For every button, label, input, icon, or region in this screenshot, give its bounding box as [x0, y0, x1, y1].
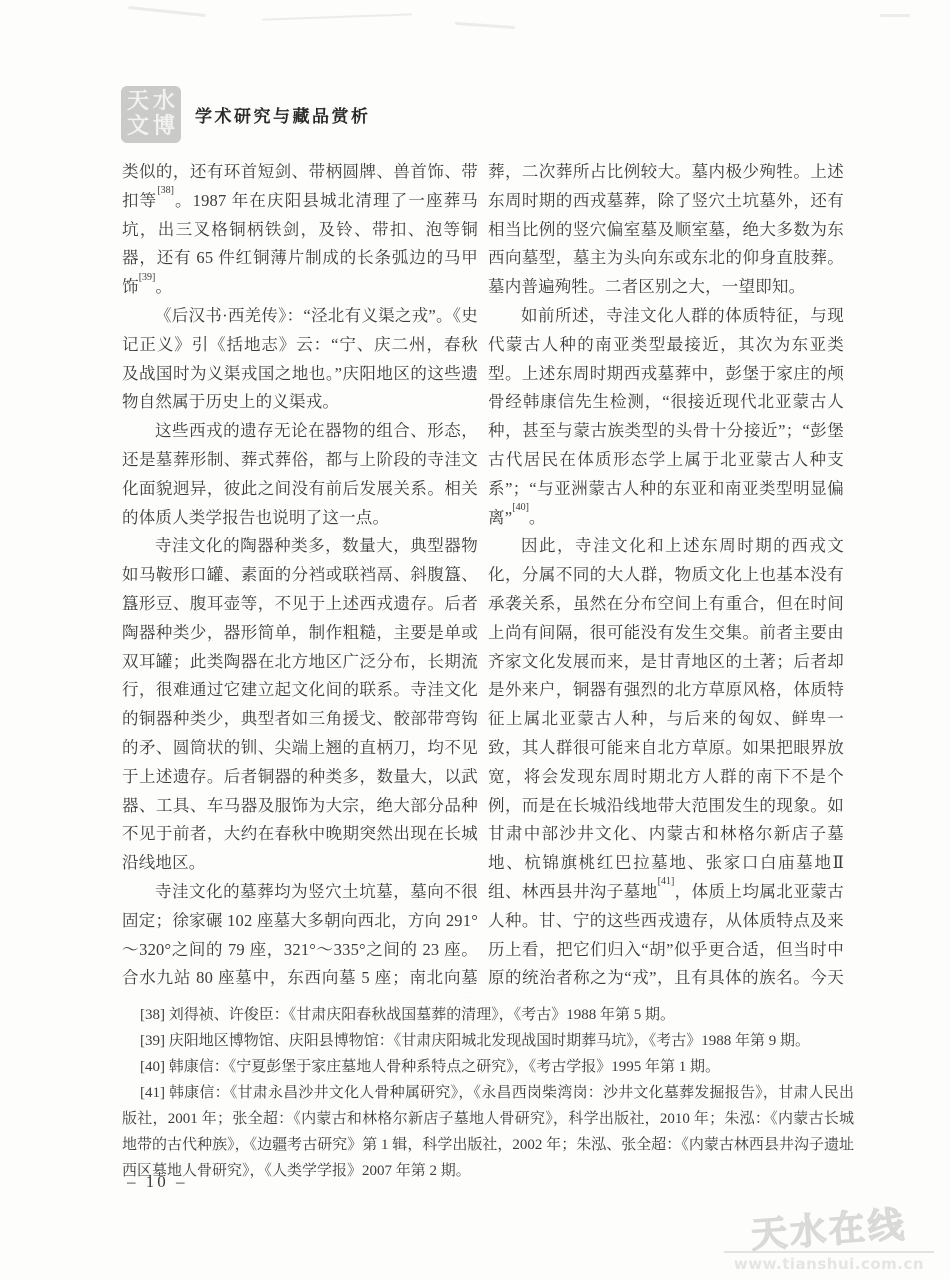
footnote-ref: [40]	[512, 502, 529, 513]
footnote-ref: [41]	[658, 876, 675, 887]
watermark-url: www.tianshui.com.cn	[720, 1255, 938, 1273]
scan-artifact	[455, 22, 515, 29]
watermark: 天水在线 www.tianshui.com.cn	[720, 1210, 938, 1273]
footnote-item: [39] 庆阳地区博物馆、庆阳县博物馆：《甘肃庆阳城北发现战国时期葬马坑》，《考…	[122, 1028, 854, 1054]
seal-char: 水	[153, 91, 175, 113]
left-column: 类似的，还有环首短剑、带柄圆牌、兽首饰、带扣等[38]。1987 年在庆阳县城北…	[122, 158, 478, 998]
paragraph: 《后汉书·西羌传》：“泾北有义渠之戎”。《史记正义》引《括地志》云：“宁、庆二州…	[122, 302, 478, 417]
paragraph: 葬，二次葬所占比例较大。墓内极少殉牲。上述东周时期的西戎墓葬，除了竖穴土坑墓外，…	[488, 158, 844, 302]
footnote-item: [41] 韩康信：《甘肃永昌沙井文化人骨种属研究》，《永昌西岗柴湾岗：沙井文化墓…	[122, 1080, 854, 1184]
scan-artifact	[128, 6, 206, 17]
footnote-id: [39]	[140, 1033, 165, 1049]
footnote-id: [41]	[140, 1085, 165, 1101]
page-number: – 10 –	[127, 1172, 188, 1192]
paragraph: 如前所述，寺洼文化人群的体质特征，与现代蒙古人种的南亚类型最接近，其次为东亚类型…	[488, 302, 844, 532]
museum-seal-logo: 天 水 文 博	[121, 86, 181, 143]
watermark-text: 天水在线	[719, 1202, 939, 1258]
footnote-ref: [39]	[139, 272, 156, 283]
footnote-id: [38]	[140, 1007, 165, 1023]
paragraph: 这些西戎的遗存无论在器物的组合、形态，还是墓葬形制、葬式葬俗，都与上阶段的寺洼文…	[122, 417, 478, 532]
footnote-item: [38] 刘得祯、许俊臣：《甘肃庆阳春秋战国墓葬的清理》，《考古》1988 年第…	[122, 1002, 854, 1028]
paragraph: 寺洼文化的陶器种类多，数量大，典型器物如马鞍形口罐、素面的分裆或联裆鬲、斜腹簋、…	[122, 532, 478, 878]
footnote-id: [40]	[140, 1059, 165, 1075]
paragraph: 类似的，还有环首短剑、带柄圆牌、兽首饰、带扣等[38]。1987 年在庆阳县城北…	[122, 158, 478, 302]
watermark-underline	[724, 1251, 934, 1253]
right-column: 葬，二次葬所占比例较大。墓内极少殉牲。上述东周时期的西戎墓葬，除了竖穴土坑墓外，…	[488, 158, 844, 998]
scan-artifact	[880, 14, 910, 17]
seal-char: 文	[127, 116, 149, 138]
page-header: 天 水 文 博 学术研究与藏品赏析	[121, 86, 371, 143]
document-page: 天 水 文 博 学术研究与藏品赏析 类似的，还有环首短剑、带柄圆牌、兽首饰、带扣…	[0, 0, 950, 1279]
section-title: 学术研究与藏品赏析	[195, 102, 371, 127]
scan-artifact	[262, 13, 412, 20]
footnote-item: [40] 韩康信：《宁夏彭堡于家庄墓地人骨种系特点之研究》，《考古学报》1995…	[122, 1054, 854, 1080]
paragraph: 因此，寺洼文化和上述东周时期的西戎文化，分属不同的大人群，物质文化上也基本没有承…	[488, 532, 844, 998]
seal-char: 博	[153, 116, 175, 138]
seal-char: 天	[127, 91, 149, 113]
footnote-ref: [38]	[157, 185, 174, 196]
footnotes: [38] 刘得祯、许俊臣：《甘肃庆阳春秋战国墓葬的清理》，《考古》1988 年第…	[122, 1002, 854, 1184]
article-body: 类似的，还有环首短剑、带柄圆牌、兽首饰、带扣等[38]。1987 年在庆阳县城北…	[122, 158, 844, 998]
paragraph: 寺洼文化的墓葬均为竖穴土坑墓，墓向不很固定；徐家碾 102 座墓大多朝向西北，方…	[122, 878, 478, 998]
